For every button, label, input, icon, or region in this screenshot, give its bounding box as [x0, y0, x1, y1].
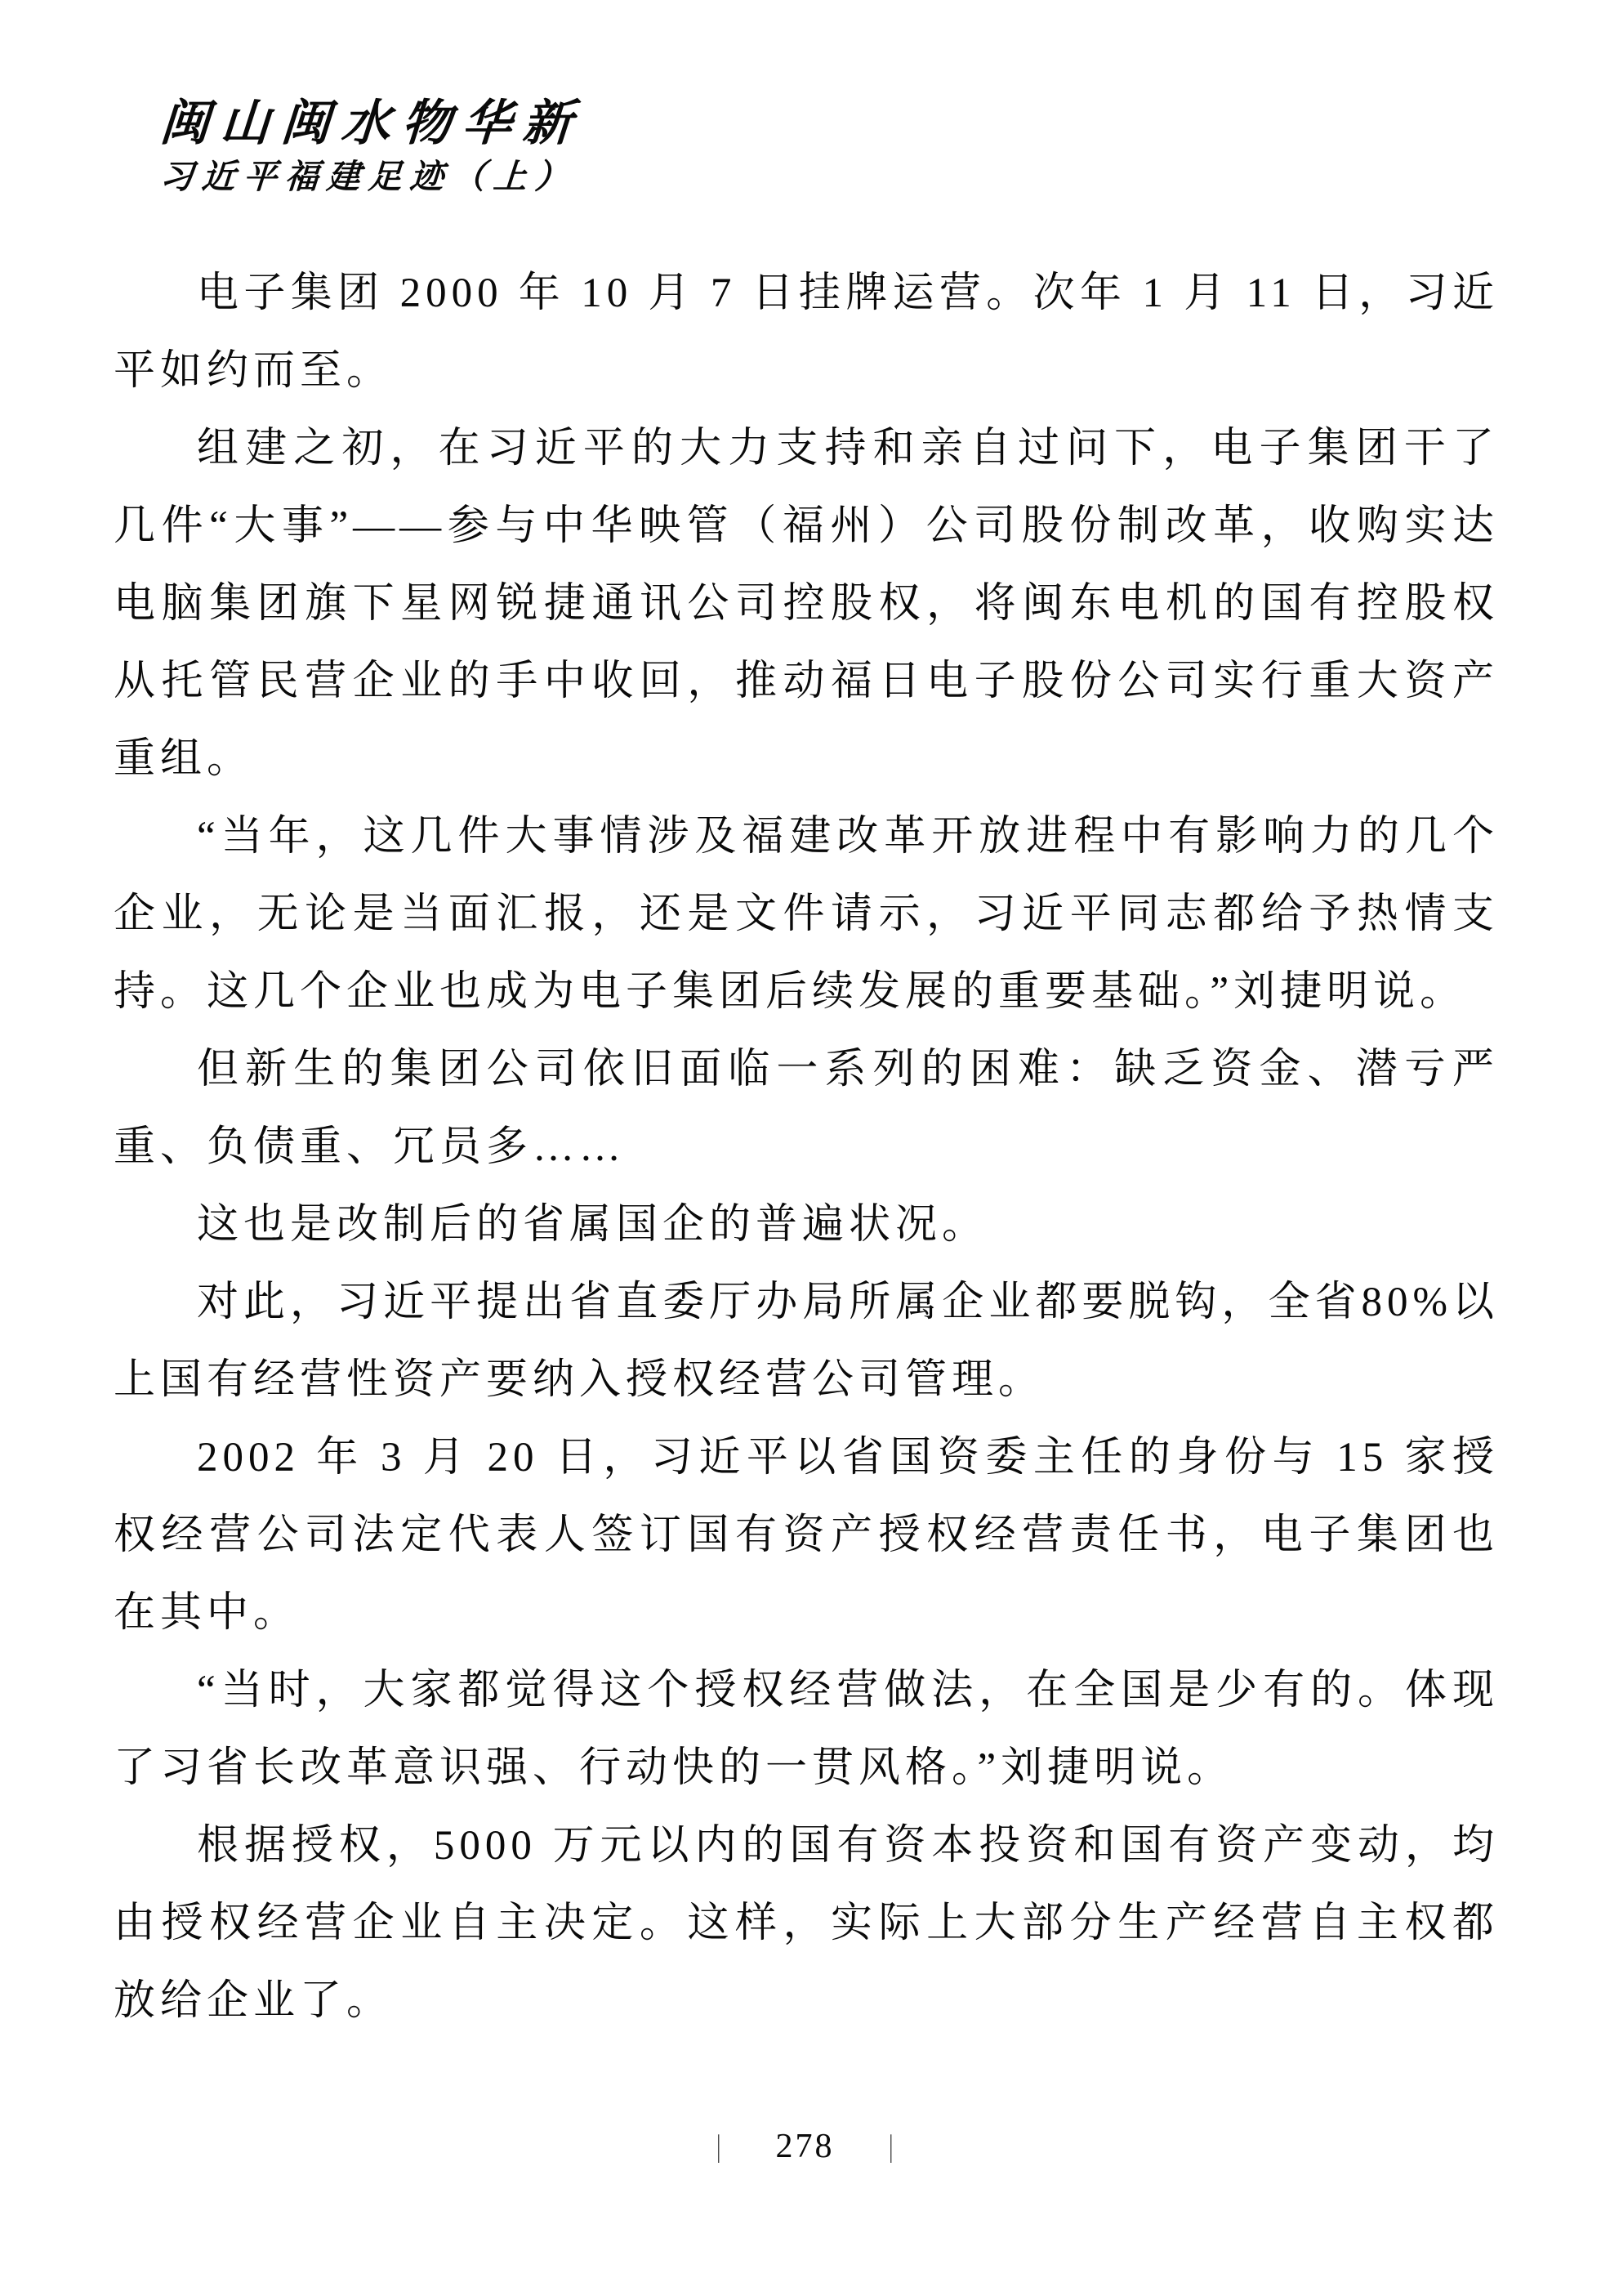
body-paragraph: 组建之初，在习近平的大力支持和亲自过问下，电子集团干了几件“大事”——参与中华映…: [114, 410, 1499, 798]
body-paragraph: “当年，这几件大事情涉及福建改革开放进程中有影响力的几个企业，无论是当面汇报，还…: [114, 798, 1499, 1031]
body-text-block: 电子集团 2000 年 10 月 7 日挂牌运营。次年 1 月 11 日，习近平…: [114, 255, 1499, 2040]
book-title: 闽山闽水物华新: [158, 96, 586, 150]
page-number: 278: [776, 2122, 835, 2171]
body-paragraph: 这也是改制后的省属国企的普遍状况。: [114, 1186, 1499, 1264]
book-page: 闽山闽水物华新 习近平福建足迹（上） 电子集团 2000 年 10 月 7 日挂…: [0, 0, 1610, 2296]
body-paragraph: 对此，习近平提出省直委厅办局所属企业都要脱钩，全省80%以上国有经营性资产要纳入…: [114, 1264, 1499, 1419]
footer-divider-right: |: [890, 2122, 894, 2171]
page-footer: | 278 |: [0, 2120, 1610, 2171]
body-paragraph: 根据授权，5000 万元以内的国有资本投资和国有资产变动，均由授权经营企业自主决…: [114, 1807, 1499, 2040]
body-paragraph: “当时，大家都觉得这个授权经营做法，在全国是少有的。体现了习省长改革意识强、行动…: [114, 1652, 1499, 1807]
footer-divider-left: |: [717, 2122, 721, 2171]
body-paragraph: 2002 年 3 月 20 日，习近平以省国资委主任的身份与 15 家授权经营公…: [114, 1419, 1499, 1652]
body-paragraph: 但新生的集团公司依旧面临一系列的困难：缺乏资金、潜亏严重、负债重、冗员多……: [114, 1031, 1499, 1186]
body-paragraph: 电子集团 2000 年 10 月 7 日挂牌运营。次年 1 月 11 日，习近平…: [114, 255, 1499, 410]
running-head: 闽山闽水物华新 习近平福建足迹（上）: [160, 96, 583, 196]
book-subtitle: 习近平福建足迹（上）: [158, 157, 584, 196]
